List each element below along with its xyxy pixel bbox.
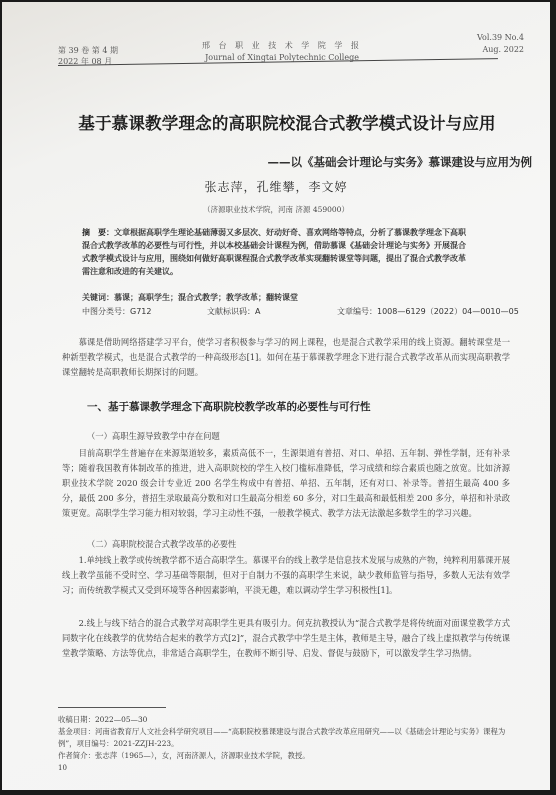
clc-number: 中图分类号：G712 bbox=[82, 306, 151, 317]
subsection-heading-2: （二）高职院校混合式教学改革的必要性 bbox=[87, 538, 236, 550]
abstract-text: 文章根据高职学生理论基础薄弱又多层次、好动好奇、喜欢网络等特点，分析了慕课教学理… bbox=[82, 227, 466, 276]
abstract: 摘 要：文章根据高职学生理论基础薄弱又多层次、好动好奇、喜欢网络等特点，分析了慕… bbox=[82, 226, 470, 278]
footnote-rule bbox=[58, 707, 166, 708]
article-title: 基于慕课教学理念的高职院校混合式教学模式设计与应用 bbox=[52, 110, 522, 134]
fund-project: 基金项目：河南省教育厅人文社会科学研究项目——“高职院校慕课建设与混合式教学改革… bbox=[58, 726, 508, 750]
keywords-label: 关键词： bbox=[82, 292, 114, 302]
volume-en: Vol.39 No.4 bbox=[464, 32, 524, 44]
subsection-1-paragraph: 目前高职学生普遍存在来源渠道较多，素质高低不一，生源渠道有普招、对口、单招、五年… bbox=[62, 446, 510, 521]
page-header: 第 39 卷 第 4 期 2022 年 08 月 邢 台 职 业 技 术 学 院… bbox=[2, 2, 550, 72]
keywords: 关键词：慕课；高职学生；混合式教学；教学改革；翻转课堂 bbox=[82, 292, 470, 303]
article-subtitle: ——以《基础会计理论与实务》慕课建设与应用为例 bbox=[232, 154, 532, 170]
author-affiliation: （济源职业技术学院，河南 济源 459000） bbox=[2, 204, 550, 215]
received-date: 收稿日期：2022—05—30 bbox=[58, 714, 508, 726]
keywords-text: 慕课；高职学生；混合式教学；教学改革；翻转课堂 bbox=[114, 292, 298, 302]
date-en: Aug. 2022 bbox=[464, 44, 524, 56]
subsection-heading-1: （一）高职生源导致教学中存在问题 bbox=[87, 430, 220, 442]
document-code: 文献标识码：A bbox=[207, 306, 260, 317]
header-issue-en: Vol.39 No.4 Aug. 2022 bbox=[464, 32, 524, 56]
article-number: 文章编号：1008—6129（2022）04—0010—05 bbox=[337, 306, 519, 317]
section-heading-1: 一、基于慕课教学理念下高职院校教学改革的必要性与可行性 bbox=[87, 399, 371, 414]
abstract-label: 摘 要： bbox=[82, 227, 114, 237]
volume-cn: 第 39 卷 第 4 期 bbox=[58, 45, 118, 56]
page-number: 10 bbox=[58, 762, 508, 774]
necessity-paragraph-1: 1.单纯线上教学或传统教学都不适合高职学生。慕课平台的线上教学是信息技术发展与成… bbox=[62, 553, 510, 598]
intro-paragraph: 慕课是借助网络搭建学习平台，使学习者积极参与学习的网上课程，也是混合式教学采用的… bbox=[62, 335, 510, 380]
author-bio: 作者简介：张志萍（1965—），女，河南济源人，济源职业技术学院，教授。 bbox=[58, 750, 508, 762]
article-authors: 张志萍，孔维攀，李文婷 bbox=[2, 178, 550, 195]
footnotes: 收稿日期：2022—05—30 基金项目：河南省教育厅人文社会科学研究项目——“… bbox=[58, 714, 508, 774]
necessity-paragraph-2: 2.线上与线下结合的混合式教学对高职学生更具有吸引力。何克抗教授认为“混合式教学… bbox=[62, 616, 510, 661]
journal-name-cn: 邢 台 职 业 技 术 学 院 学 报 bbox=[202, 40, 362, 52]
journal-page: 第 39 卷 第 4 期 2022 年 08 月 邢 台 职 业 技 术 学 院… bbox=[2, 2, 550, 790]
